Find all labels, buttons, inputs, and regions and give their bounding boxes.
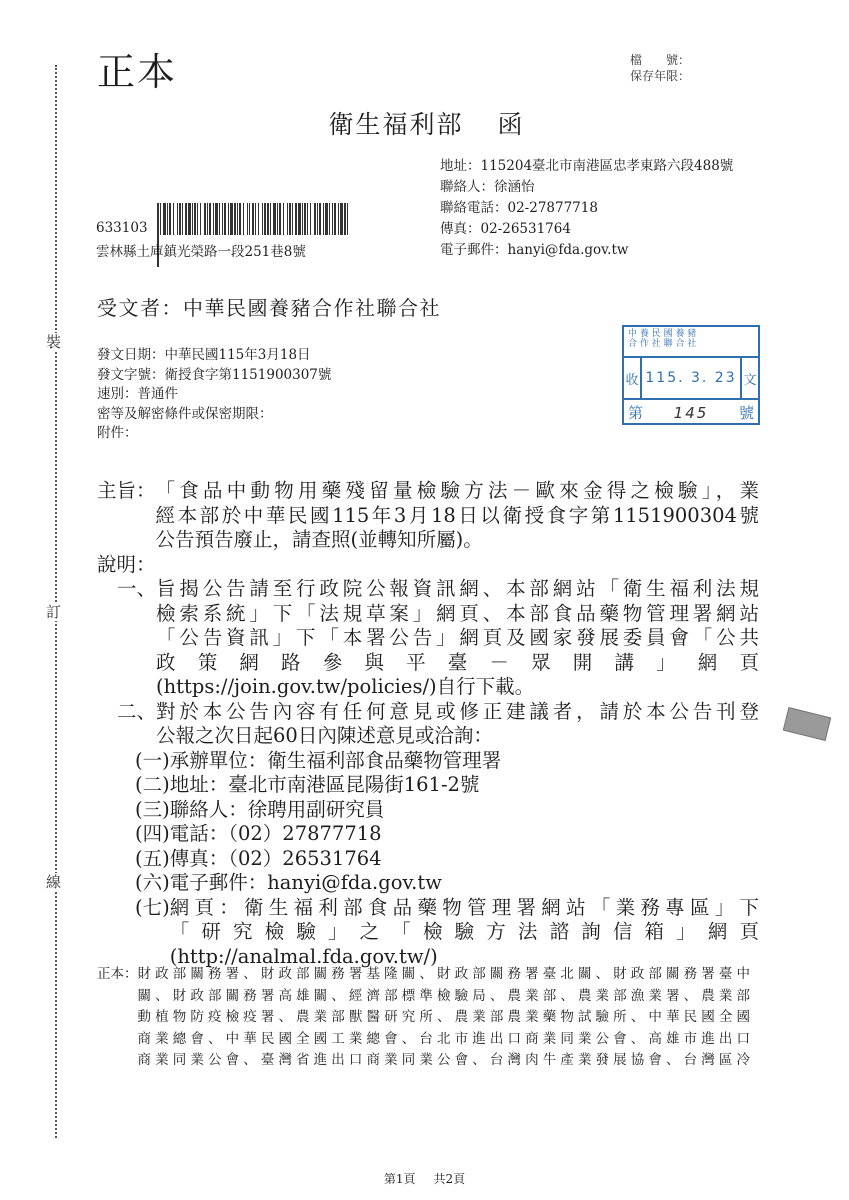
subitem-text: 傳真：（02）26531764 xyxy=(170,847,382,872)
title-org: 衛生福利部 xyxy=(328,110,463,139)
binding-mark-zhuang: 裝 xyxy=(46,333,61,351)
item-number: 一、 xyxy=(117,577,156,700)
stamp-org-line2: 合 作 社 聯 合 社 xyxy=(628,339,696,349)
cc-section: 正本： 財政部關務署、財政部關務署基隆關、財政部關務署臺北關、財政部關務署臺中 … xyxy=(97,964,750,1072)
file-number-label: 檔 號： xyxy=(630,52,690,68)
sender-phone: 聯絡電話：02-27877718 xyxy=(440,198,733,219)
page-footer: 第1頁共2頁 xyxy=(0,1170,849,1187)
subitem: (五)傳真：（02）26531764 xyxy=(135,847,759,872)
recipient-name: 受文者：中華民國養豬合作社聯合社 xyxy=(97,292,441,321)
explanation-item-1: 一、 旨揭公告請至行政院公報資訊網、本部網站「衛生福利法規 檢索系統」下「法規草… xyxy=(97,577,759,700)
stamp-date: 115. 3. 23 xyxy=(640,358,742,398)
subitem-text: 承辦單位：衛生福利部食品藥物管理署 xyxy=(170,749,502,774)
document-title: 衛生福利部函 xyxy=(0,105,849,141)
item-line: 公報之次日起60日內陳述意見或洽詢： xyxy=(156,724,759,749)
page-number: 第1頁 xyxy=(384,1172,416,1186)
stamp-org-line1: 中 養 民 國 養 豬 xyxy=(628,329,696,339)
classification: 密等及解密條件或保密期限： xyxy=(97,405,331,425)
stamp-org: 中 養 民 國 養 豬 合 作 社 聯 合 社 xyxy=(624,327,758,358)
subitem: (二)地址：臺北市南港區昆陽街161-2號 xyxy=(135,773,759,798)
barcode xyxy=(157,203,350,235)
sender-info: 地址：115204臺北市南港區忠孝東路六段488號 聯絡人：徐涵怡 聯絡電話：0… xyxy=(440,156,733,261)
item-line: 對於本公告內容有任何意見或修正建議者，請於本公告刊登 xyxy=(156,700,759,725)
contact-subitems: (一)承辦單位：衛生福利部食品藥物管理署 (二)地址：臺北市南港區昆陽街161-… xyxy=(97,749,759,970)
binding-mark-ding: 訂 xyxy=(46,603,61,621)
subitem-number: (六) xyxy=(135,871,170,896)
sender-contact: 聯絡人：徐涵怡 xyxy=(440,177,733,198)
subitem: (一)承辦單位：衛生福利部食品藥物管理署 xyxy=(135,749,759,774)
subject-section: 主旨： 「食品中動物用藥殘留量檢驗方法－歐來金得之檢驗」，業 經本部於中華民國1… xyxy=(97,479,759,553)
stamp-right: 文 xyxy=(742,369,758,388)
seam-seal-stamp xyxy=(783,707,831,741)
item-line: (https://join.gov.tw/policies/)自行下載。 xyxy=(156,675,759,700)
cc-line: 關、財政部關務署高雄關、經濟部標準檢驗局、農業部、農業部漁業署、農業部 xyxy=(138,986,751,1008)
subitem-number: (七) xyxy=(135,896,170,970)
attachments: 附件： xyxy=(97,424,331,444)
subject-label: 主旨： xyxy=(97,479,156,553)
sender-address: 地址：115204臺北市南港區忠孝東路六段488號 xyxy=(440,156,733,177)
explanation-item-2: 二、 對於本公告內容有任何意見或修正建議者，請於本公告刊登 公報之次日起60日內… xyxy=(97,700,759,749)
speed: 速別：普通件 xyxy=(97,385,331,405)
subject-line: 經本部於中華民國115年3月18日以衛授食字第1151900304號 xyxy=(156,504,759,529)
document-meta: 發文日期：中華民國115年3月18日 發文字號：衛授食字第1151900307號… xyxy=(97,346,331,444)
subitem-number: (一) xyxy=(135,749,170,774)
binding-mark-xian: 線 xyxy=(46,873,61,891)
subject-line: 「食品中動物用藥殘留量檢驗方法－歐來金得之檢驗」，業 xyxy=(156,479,759,504)
subitem: (七) 網頁：衛生福利部食品藥物管理署網站「業務專區」下 「研究檢驗」之「檢驗方… xyxy=(135,896,759,970)
cc-label: 正本： xyxy=(97,964,138,1072)
binding-dotted-line xyxy=(55,65,57,1138)
stamp-number-prefix: 第 xyxy=(628,402,643,423)
subitem-text: 地址：臺北市南港區昆陽街161-2號 xyxy=(170,773,480,798)
sender-fax: 傳真：02-26531764 xyxy=(440,219,733,240)
copy-mark: 正本 xyxy=(97,50,177,94)
page-total: 共2頁 xyxy=(434,1172,466,1186)
cc-line: 動植物防疫檢疫署、農業部獸醫研究所、農業部農業藥物試驗所、中華民國全國 xyxy=(138,1007,751,1029)
subject-line: 公告預告廢止，請查照(並轉知所屬)。 xyxy=(156,528,759,553)
subitem: (三)聯絡人：徐聘用副研究員 xyxy=(135,798,759,823)
subitem: (六)電子郵件：hanyi@fda.gov.tw xyxy=(135,871,759,896)
receipt-stamp: 中 養 民 國 養 豬 合 作 社 聯 合 社 收 115. 3. 23 文 第… xyxy=(622,325,760,425)
cc-line: 財政部關務署、財政部關務署基隆關、財政部關務署臺北關、財政部關務署臺中 xyxy=(138,964,751,986)
retention-label: 保存年限： xyxy=(630,68,690,84)
subitem-text: 網頁：衛生福利部食品藥物管理署網站「業務專區」下 xyxy=(170,896,759,921)
subitem-text: 電話：（02）27877718 xyxy=(170,822,382,847)
subitem: (四)電話：（02）27877718 xyxy=(135,822,759,847)
item-line: 「公告資訊」下「本署公告」網頁及國家發展委員會「公共 xyxy=(156,626,759,651)
subitem-number: (五) xyxy=(135,847,170,872)
subitem-number: (三) xyxy=(135,798,170,823)
issue-number: 發文字號：衛授食字第1151900307號 xyxy=(97,366,331,386)
document-body: 主旨： 「食品中動物用藥殘留量檢驗方法－歐來金得之檢驗」，業 經本部於中華民國1… xyxy=(97,479,759,969)
subitem-text: 「研究檢驗」之「檢驗方法諮詢信箱」網頁 xyxy=(170,920,759,945)
explanation-label: 說明： xyxy=(97,553,759,578)
subitem-text: 聯絡人：徐聘用副研究員 xyxy=(170,798,385,823)
stamp-number: 145 xyxy=(674,404,709,422)
item-line: 檢索系統」下「法規草案」網頁、本部食品藥物管理署網站 xyxy=(156,602,759,627)
subitem-text: 電子郵件：hanyi@fda.gov.tw xyxy=(170,871,442,896)
recipient-zip: 633103 xyxy=(96,220,148,236)
stamp-left: 收 xyxy=(624,369,640,388)
item-number: 二、 xyxy=(117,700,156,749)
sender-email: 電子郵件：hanyi@fda.gov.tw xyxy=(440,240,733,261)
file-meta: 檔 號： 保存年限： xyxy=(630,52,690,84)
cc-line: 商業總會、中華民國全國工業總會、台北市進出口商業同業公會、高雄市進出口 xyxy=(138,1029,751,1051)
subitem-number: (二) xyxy=(135,773,170,798)
cc-line: 商業同業公會、臺灣省進出口商業同業公會、台灣肉牛產業發展協會、台灣區冷 xyxy=(138,1050,751,1072)
recipient-address: 雲林縣土庫鎮光榮路一段251巷8號 xyxy=(96,240,306,260)
title-type: 函 xyxy=(498,110,525,139)
item-line: 政策網路參與平臺－眾開講」網頁 xyxy=(156,651,759,676)
issue-date: 發文日期：中華民國115年3月18日 xyxy=(97,346,331,366)
stamp-number-suffix: 號 xyxy=(739,402,754,423)
subitem-number: (四) xyxy=(135,822,170,847)
item-line: 旨揭公告請至行政院公報資訊網、本部網站「衛生福利法規 xyxy=(156,577,759,602)
